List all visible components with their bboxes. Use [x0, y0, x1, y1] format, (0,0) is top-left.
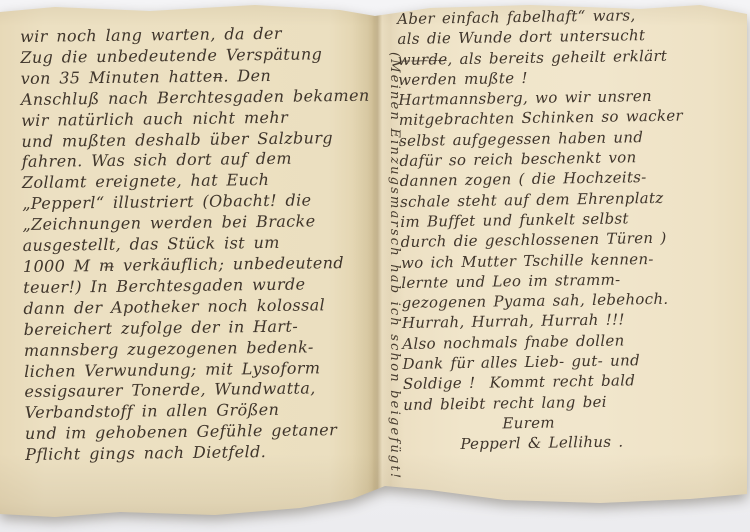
letter-scan-background: wir noch lang warten, da derZug die unbe…	[0, 0, 750, 532]
left-page-handwriting: wir noch lang warten, da derZug die unbe…	[20, 23, 379, 466]
handwriting-line: 1000 M m̶ verkäuflich; unbedeutend	[23, 253, 377, 278]
right-page-handwriting: Aber einfach fabelhaft“ wars,als die Wun…	[397, 4, 750, 456]
handwriting-line: Zug die unbedeutende Verspätung	[20, 44, 374, 69]
handwriting-line: Pflicht gings nach Dietfeld.	[25, 441, 379, 466]
handwriting-line: und im gehobenen Gefühle getaner	[25, 420, 379, 445]
handwriting-line: dann der Apotheker noch kolossal	[23, 294, 377, 319]
handwriting-line: Anschluß nach Berchtesgaden bekamen	[21, 85, 375, 110]
vertical-margin-note: (Meinen Einzugsmarsch hab ich schon beig…	[387, 52, 402, 480]
